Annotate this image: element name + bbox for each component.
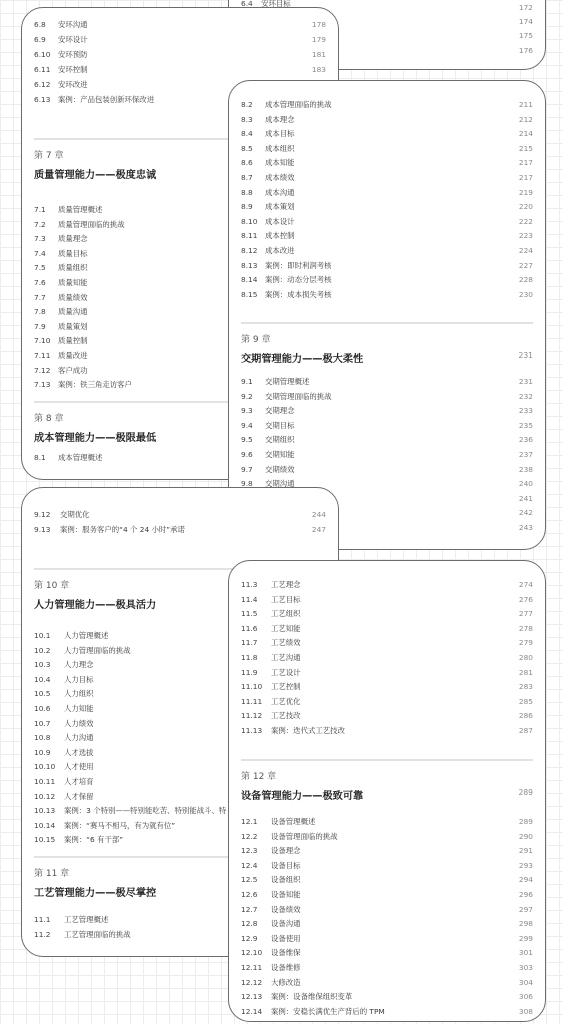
section-number: 11.3: [241, 578, 265, 592]
section-number: 8.11: [241, 229, 259, 243]
section-number: 6.13: [34, 93, 52, 107]
section-number: 12.4: [241, 859, 265, 873]
section-number: 6.10: [34, 48, 52, 62]
section-number: 7.7: [34, 291, 52, 305]
page-number: 217: [519, 156, 533, 170]
section-title: 质量目标: [58, 247, 88, 261]
page-number: 289: [519, 815, 533, 829]
section-number: 6.9: [34, 33, 52, 47]
toc-row: 11.7工艺绩效279: [241, 636, 533, 650]
section-number: 7.8: [34, 305, 52, 319]
section-title: 质量管理概述: [58, 203, 102, 217]
section-number: 6.8: [34, 18, 52, 32]
toc-row: 12.4设备目标293: [241, 859, 533, 873]
chapter-title-text: 交期管理能力——极大柔性: [241, 354, 363, 365]
page-number: 283: [519, 680, 533, 694]
section-title: 人才培育: [64, 775, 94, 789]
section-number: 11.9: [241, 666, 265, 680]
section-title: 人才保留: [64, 790, 94, 804]
section-title: 成本控制: [265, 229, 295, 243]
section-title: 人力绩效: [64, 717, 94, 731]
section-number: 10.3: [34, 658, 58, 672]
toc-row: 6.9安环设计179: [34, 33, 326, 47]
chapter-label: 第 10 章: [34, 578, 69, 591]
toc-row: 8.14案例：动态分层考核228: [241, 273, 533, 287]
section-title: 案例：迭代式工艺技改: [271, 724, 345, 738]
section-title: 工艺组织: [271, 607, 301, 621]
toc-row: 6.8安环沟通178: [34, 18, 326, 32]
page-number: 183: [312, 63, 326, 77]
page-number: 214: [519, 127, 533, 141]
page-number: 211: [519, 98, 533, 112]
page-number: 236: [519, 433, 533, 447]
page-number: 235: [519, 419, 533, 433]
section-number: 7.5: [34, 261, 52, 275]
section-number: 12.5: [241, 873, 265, 887]
section-number: 10.14: [34, 819, 58, 833]
section-title: 安环预防: [58, 48, 88, 62]
toc-row: 9.12交期优化244: [34, 508, 326, 522]
page-number: 244: [312, 508, 326, 522]
chapter-divider: [241, 322, 533, 324]
toc-row: 8.3成本理念212: [241, 113, 533, 127]
page-number: 232: [519, 390, 533, 404]
section-title: 案例：成本损失考核: [265, 288, 332, 302]
section-title: 人力管理概述: [64, 629, 108, 643]
page-number: 241: [519, 492, 533, 506]
toc-row: 11.5工艺组织277: [241, 607, 533, 621]
section-number: 9.2: [241, 390, 259, 404]
page-number: 278: [519, 622, 533, 636]
toc-row: 12.2设备管理面临的挑战290: [241, 830, 533, 844]
section-number: 7.2: [34, 218, 52, 232]
section-title: 工艺沟通: [271, 651, 301, 665]
section-number: 9.6: [241, 448, 259, 462]
toc-row: 9.6交期知能237: [241, 448, 533, 462]
toc-row: 11.11工艺优化285: [241, 695, 533, 709]
chapter-label: 第 11 章: [34, 866, 69, 879]
section-title: 设备使用: [271, 932, 301, 946]
section-title: 工艺技改: [271, 709, 301, 723]
section-number: 12.1: [241, 815, 265, 829]
section-number: 9.7: [241, 463, 259, 477]
section-title: 工艺理念: [271, 578, 301, 592]
section-number: 8.14: [241, 273, 259, 287]
toc-row: 6.11安环控制183: [34, 63, 326, 77]
toc-row: 8.7成本绩效217: [241, 171, 533, 185]
section-number: 11.8: [241, 651, 265, 665]
section-title: 质量绩效: [58, 291, 88, 305]
section-number: 11.2: [34, 928, 58, 942]
section-number: 9.4: [241, 419, 259, 433]
toc-row: 8.10成本设计222: [241, 215, 533, 229]
toc-row: 11.3工艺理念274: [241, 578, 533, 592]
toc-row: 12.11设备维修303: [241, 961, 533, 975]
section-title: 设备管理概述: [271, 815, 315, 829]
section-title: 成本目标: [265, 127, 295, 141]
section-title: 客户成功: [58, 364, 88, 378]
page-number: 212: [519, 113, 533, 127]
section-title: 质量改进: [58, 349, 88, 363]
section-title: 交期管理面临的挑战: [265, 390, 332, 404]
section-number: 8.9: [241, 200, 259, 214]
toc-row: 9.5交期组织236: [241, 433, 533, 447]
chapter-title-text: 设备管理能力——极致可靠: [241, 791, 363, 802]
page-number: 175: [519, 29, 533, 43]
chapter-label: 第 12 章: [241, 769, 276, 782]
section-number: 12.11: [241, 961, 265, 975]
section-number: 8.8: [241, 186, 259, 200]
section-number: 12.7: [241, 903, 265, 917]
section-title: 工艺管理面临的挑战: [64, 928, 131, 942]
section-number: 10.8: [34, 731, 58, 745]
section-number: 8.2: [241, 98, 259, 112]
toc-row: 8.2成本管理面临的挑战211: [241, 98, 533, 112]
toc-row: 9.3交期理念233: [241, 404, 533, 418]
section-title: 工艺管理概述: [64, 913, 108, 927]
page-number: 308: [519, 1005, 533, 1019]
section-title: 质量管理面临的挑战: [58, 218, 125, 232]
section-number: 10.4: [34, 673, 58, 687]
section-number: 8.4: [241, 127, 259, 141]
toc-row: 8.8成本沟通219: [241, 186, 533, 200]
page-number: 299: [519, 932, 533, 946]
section-title: 案例：即时利润考核: [265, 259, 332, 273]
toc-row: 12.3设备理念291: [241, 844, 533, 858]
section-title: 案例：设备维保组织变革: [271, 990, 352, 1004]
section-title: 案例：3 个特别——特别能吃苦、特别能战斗、特: [64, 804, 226, 818]
chapter-title: 交期管理能力——极大柔性231: [241, 350, 533, 365]
section-title: 工艺控制: [271, 680, 301, 694]
page-number: 301: [519, 946, 533, 960]
page-number: 289: [519, 788, 534, 797]
page-number: 231: [519, 351, 534, 360]
page-number: 298: [519, 917, 533, 931]
section-title: 成本管理面临的挑战: [265, 98, 332, 112]
section-number: 12.3: [241, 844, 265, 858]
toc-row: 9.4交期目标235: [241, 419, 533, 433]
toc-row: 12.13案例：设备维保组织变革306: [241, 990, 533, 1004]
toc-row: 8.4成本目标214: [241, 127, 533, 141]
toc-row: 8.12成本改进224: [241, 244, 533, 258]
page-number: 242: [519, 506, 533, 520]
toc-row: 11.13案例：迭代式工艺技改287: [241, 724, 533, 738]
page-number: 233: [519, 404, 533, 418]
toc-row: 11.4工艺目标276: [241, 593, 533, 607]
page-number: 238: [519, 463, 533, 477]
toc-row: 9.1交期管理概述231: [241, 375, 533, 389]
section-title: 工艺绩效: [271, 636, 301, 650]
page-number: 247: [312, 523, 326, 537]
section-title: 安环沟通: [58, 18, 88, 32]
section-title: 质量沟通: [58, 305, 88, 319]
toc-row: 6.10安环预防181: [34, 48, 326, 62]
section-title: 质量策划: [58, 320, 88, 334]
section-title: 工艺设计: [271, 666, 301, 680]
section-number: 8.6: [241, 156, 259, 170]
page-number: 281: [519, 666, 533, 680]
page-number: 237: [519, 448, 533, 462]
page-number: 276: [519, 593, 533, 607]
toc-row: 9.2交期管理面临的挑战232: [241, 390, 533, 404]
toc-row: 11.8工艺沟通280: [241, 651, 533, 665]
section-number: 7.9: [34, 320, 52, 334]
section-number: 12.2: [241, 830, 265, 844]
section-number: 10.15: [34, 833, 58, 847]
page-number: 280: [519, 651, 533, 665]
chapter-title-text: 质量管理能力——极度忠诚: [34, 170, 156, 181]
section-title: 设备维保: [271, 946, 301, 960]
page-number: 240: [519, 477, 533, 491]
section-title: 案例：产品包装创新环保改进: [58, 93, 154, 107]
section-title: 成本沟通: [265, 186, 295, 200]
page-number: 178: [312, 18, 326, 32]
toc-row: 12.12大修改造304: [241, 976, 533, 990]
section-number: 10.11: [34, 775, 58, 789]
toc-row: 11.6工艺知能278: [241, 622, 533, 636]
page-number: 227: [519, 259, 533, 273]
section-title: 人力管理面临的挑战: [64, 644, 131, 658]
section-title: 质量组织: [58, 261, 88, 275]
section-number: 8.1: [34, 451, 52, 465]
section-title: 安环改进: [58, 78, 88, 92]
page-number: 294: [519, 873, 533, 887]
section-number: 8.10: [241, 215, 259, 229]
section-title: 工艺知能: [271, 622, 301, 636]
section-number: 10.10: [34, 760, 58, 774]
toc-row: 12.6设备知能296: [241, 888, 533, 902]
page-number: 285: [519, 695, 533, 709]
page-number: 228: [519, 273, 533, 287]
page-number: 224: [519, 244, 533, 258]
section-number: 12.13: [241, 990, 265, 1004]
toc-row: 9.7交期绩效238: [241, 463, 533, 477]
section-title: 案例：“赛马不相马，有为就有位”: [64, 819, 175, 833]
section-number: 8.13: [241, 259, 259, 273]
toc-row: 12.10设备维保301: [241, 946, 533, 960]
section-number: 10.9: [34, 746, 58, 760]
page-number: 286: [519, 709, 533, 723]
page-number: 231: [519, 375, 533, 389]
toc-row: 12.14案例：安稳长满优生产背后的 TPM308: [241, 1005, 533, 1019]
page-number: 296: [519, 888, 533, 902]
section-number: 7.4: [34, 247, 52, 261]
section-title: 成本知能: [265, 156, 295, 170]
section-title: 人才使用: [64, 760, 94, 774]
section-number: 11.12: [241, 709, 265, 723]
section-number: 7.3: [34, 232, 52, 246]
section-title: 设备维修: [271, 961, 301, 975]
page-number: 279: [519, 636, 533, 650]
page-number: 290: [519, 830, 533, 844]
toc-row: 8.9成本策划220: [241, 200, 533, 214]
page-number: 304: [519, 976, 533, 990]
section-number: 10.5: [34, 687, 58, 701]
page-number: 291: [519, 844, 533, 858]
toc-row: 12.9设备使用299: [241, 932, 533, 946]
toc-row: 8.15案例：成本损失考核230: [241, 288, 533, 302]
toc-row: 11.10工艺控制283: [241, 680, 533, 694]
section-title: 设备理念: [271, 844, 301, 858]
section-number: 10.2: [34, 644, 58, 658]
section-number: 7.13: [34, 378, 52, 392]
section-title: 成本改进: [265, 244, 295, 258]
section-title: 设备目标: [271, 859, 301, 873]
section-title: 案例：铁三角走访客户: [58, 378, 132, 392]
toc-row: 8.13案例：即时利润考核227: [241, 259, 533, 273]
toc-row: 12.5设备组织294: [241, 873, 533, 887]
section-number: 6.11: [34, 63, 52, 77]
section-title: 案例：安稳长满优生产背后的 TPM: [271, 1005, 385, 1019]
section-number: 7.12: [34, 364, 52, 378]
page-number: 174: [519, 15, 533, 29]
section-title: 案例：“6 有干部”: [64, 833, 123, 847]
section-title: 成本设计: [265, 215, 295, 229]
section-title: 人力沟通: [64, 731, 94, 745]
section-title: 成本理念: [265, 113, 295, 127]
toc-card-d: 11.3工艺理念27411.4工艺目标27611.5工艺组织27711.6工艺知…: [228, 560, 546, 1022]
section-title: 安环设计: [58, 33, 88, 47]
section-title: 设备管理面临的挑战: [271, 830, 338, 844]
section-number: 9.5: [241, 433, 259, 447]
section-number: 9.1: [241, 375, 259, 389]
section-number: 9.13: [34, 523, 54, 537]
section-number: 12.14: [241, 1005, 265, 1019]
section-title: 成本策划: [265, 200, 295, 214]
section-number: 10.7: [34, 717, 58, 731]
section-title: 案例：动态分层考核: [265, 273, 332, 287]
section-title: 质量知能: [58, 276, 88, 290]
section-title: 人力理念: [64, 658, 94, 672]
section-number: 10.1: [34, 629, 58, 643]
section-title: 案例：服务客户的“4 个 24 小时”承诺: [60, 523, 185, 537]
section-number: 11.6: [241, 622, 265, 636]
section-number: 9.12: [34, 508, 54, 522]
page-number: 274: [519, 578, 533, 592]
chapter-label: 第 9 章: [241, 332, 270, 345]
section-title: 设备沟通: [271, 917, 301, 931]
section-number: 7.6: [34, 276, 52, 290]
section-title: 安环控制: [58, 63, 88, 77]
page-number: 303: [519, 961, 533, 975]
chapter-title-text: 成本管理能力——极限最低: [34, 433, 156, 444]
page-number: 179: [312, 33, 326, 47]
section-number: 8.3: [241, 113, 259, 127]
section-number: 12.10: [241, 946, 265, 960]
toc-row: 8.6成本知能217: [241, 156, 533, 170]
section-title: 交期优化: [60, 508, 90, 522]
section-number: 11.1: [34, 913, 58, 927]
section-number: 7.11: [34, 349, 52, 363]
chapter-divider: [241, 759, 533, 761]
chapter-title: 设备管理能力——极致可靠289: [241, 787, 533, 802]
section-number: 10.6: [34, 702, 58, 716]
section-title: 大修改造: [271, 976, 301, 990]
section-title: 成本管理概述: [58, 451, 102, 465]
section-number: 7.10: [34, 334, 52, 348]
section-title: 工艺优化: [271, 695, 301, 709]
section-number: 11.4: [241, 593, 265, 607]
section-number: 11.7: [241, 636, 265, 650]
page-number: 215: [519, 142, 533, 156]
section-title: 工艺目标: [271, 593, 301, 607]
toc-row: 11.12工艺技改286: [241, 709, 533, 723]
section-number: 8.5: [241, 142, 259, 156]
toc-row: 8.11成本控制223: [241, 229, 533, 243]
section-title: 质量控制: [58, 334, 88, 348]
toc-row: 12.1设备管理概述289: [241, 815, 533, 829]
section-title: 交期绩效: [265, 463, 295, 477]
section-number: 12.9: [241, 932, 265, 946]
section-title: 人才选拔: [64, 746, 94, 760]
section-title: 设备绩效: [271, 903, 301, 917]
section-title: 交期理念: [265, 404, 295, 418]
section-number: 6.12: [34, 78, 52, 92]
section-number: 10.12: [34, 790, 58, 804]
section-number: 10.13: [34, 804, 58, 818]
section-title: 人力组织: [64, 687, 94, 701]
section-number: 12.6: [241, 888, 265, 902]
page-number: 277: [519, 607, 533, 621]
section-number: 11.13: [241, 724, 265, 738]
toc-row: 8.5成本组织215: [241, 142, 533, 156]
page-number: 293: [519, 859, 533, 873]
section-title: 成本组织: [265, 142, 295, 156]
page-number: 243: [519, 521, 533, 535]
chapter-title-text: 人力管理能力——极具活力: [34, 600, 156, 611]
toc-row: 12.8设备沟通298: [241, 917, 533, 931]
section-title: 交期目标: [265, 419, 295, 433]
page-number: 230: [519, 288, 533, 302]
section-title: 交期组织: [265, 433, 295, 447]
section-number: 9.3: [241, 404, 259, 418]
page-number: 223: [519, 229, 533, 243]
page-number: 181: [312, 48, 326, 62]
chapter-label: 第 8 章: [34, 411, 63, 424]
page-number: 287: [519, 724, 533, 738]
toc-card-b: 8.2成本管理面临的挑战2118.3成本理念2128.4成本目标2148.5成本…: [228, 80, 546, 550]
section-title: 设备知能: [271, 888, 301, 902]
page-number: 172: [519, 1, 533, 15]
page-number: 306: [519, 990, 533, 1004]
page-number: 176: [519, 44, 533, 58]
toc-row: 12.7设备绩效297: [241, 903, 533, 917]
section-title: 成本绩效: [265, 171, 295, 185]
page-number: 217: [519, 171, 533, 185]
section-title: 人力知能: [64, 702, 94, 716]
page-number: 219: [519, 186, 533, 200]
toc-row: 9.13案例：服务客户的“4 个 24 小时”承诺247: [34, 523, 326, 537]
section-number: 11.11: [241, 695, 265, 709]
section-title: 交期管理概述: [265, 375, 309, 389]
page-number: 297: [519, 903, 533, 917]
chapter-title-text: 工艺管理能力——极尽掌控: [34, 888, 156, 899]
section-number: 12.8: [241, 917, 265, 931]
section-number: 7.1: [34, 203, 52, 217]
section-number: 8.12: [241, 244, 259, 258]
toc-row: 11.9工艺设计281: [241, 666, 533, 680]
section-number: 11.10: [241, 680, 265, 694]
section-title: 设备组织: [271, 873, 301, 887]
section-title: 人力目标: [64, 673, 94, 687]
section-number: 8.15: [241, 288, 259, 302]
page-number: 222: [519, 215, 533, 229]
section-title: 交期知能: [265, 448, 295, 462]
page-number: 220: [519, 200, 533, 214]
section-number: 8.7: [241, 171, 259, 185]
section-number: 11.5: [241, 607, 265, 621]
chapter-label: 第 7 章: [34, 148, 63, 161]
